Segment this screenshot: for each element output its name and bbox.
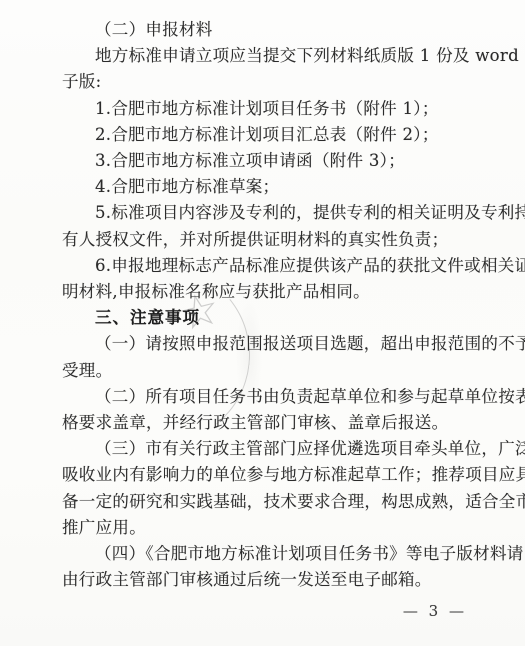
page-number: — 3 — [403,602,467,620]
text-line: 2.合肥市地方标准计划项目汇总表（附件 2）； [62,122,470,148]
text-line: 有人授权文件，并对所提供证明材料的真实性负责； [62,227,470,253]
text-line: 3.合肥市地方标准立项申请函（附件 3）； [62,148,470,174]
text-line: 地方标准申请立项应当提交下列材料纸质版 1 份及 word 电 [62,43,470,69]
text-line: （二）申报材料 [62,17,470,43]
text-line: 6.申报地理标志产品标准应提供该产品的获批文件或相关证 [62,253,470,279]
text-line: 5.标准项目内容涉及专利的，提供专利的相关证明及专利持 [62,200,470,226]
text-line: 明材料,申报标准名称应与获批产品相同。 [62,279,470,305]
text-line: （四）《合肥市地方标准计划项目任务书》等电子版材料请 [62,541,470,567]
text-line: 格要求盖章，并经行政主管部门审核、盖章后报送。 [62,410,470,436]
text-line: 吸收业内有影响力的单位参与地方标准起草工作；推荐项目应具 [62,462,470,488]
text-line: （一）请按照申报范围报送项目选题，超出申报范围的不予 [62,331,470,357]
text-line: 备一定的研究和实践基础，技术要求合理，构思成熟，适合全市 [62,489,470,515]
text-line: （二）所有项目任务书由负责起草单位和参与起草单位按表 [62,384,470,410]
text-line: （三）市有关行政主管部门应择优遴选项目牵头单位，广泛 [62,436,470,462]
text-line: 推广应用。 [62,515,470,541]
text-line: 子版: [62,69,470,95]
text-line: 由行政主管部门审核通过后统一发送至电子邮箱。 [62,567,470,593]
section-heading: 三、注意事项 [62,305,470,331]
text-line: 4.合肥市地方标准草案； [62,174,470,200]
document-text-block: （二）申报材料地方标准申请立项应当提交下列材料纸质版 1 份及 word 电子版… [62,17,470,593]
scanned-document-page: ☆ （二）申报材料地方标准申请立项应当提交下列材料纸质版 1 份及 word 电… [0,0,525,646]
text-line: 受理。 [62,358,470,384]
text-line: 1.合肥市地方标准计划项目任务书（附件 1）； [62,96,470,122]
